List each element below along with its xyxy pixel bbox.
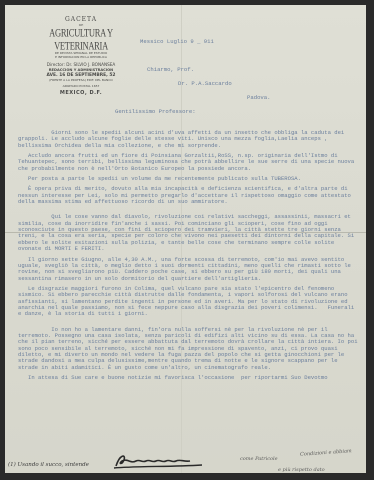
paragraph: Il giorno sette Giugno, alle 4,30 A.M., … — [18, 257, 358, 282]
letterhead-subtitle-2: E INFORMACION EN LA REPUBLICA — [26, 55, 136, 59]
letterhead-postal: APARTADO POSTAL 1657 — [26, 84, 136, 88]
paragraph: Le disgrazie maggiori furono in Colima, … — [18, 286, 358, 318]
paragraph: Giorni sono le spedii alcuni acini d'uva… — [18, 130, 358, 149]
paragraph: Per posta a parte le spedii un volume da… — [18, 176, 358, 182]
recipient-line-1: Chiarmo, Prof. — [147, 67, 194, 73]
paragraph: Accludo ancora frutti ed un fiore di Poi… — [18, 153, 358, 172]
paragraph: È opera priva di merito, dovuto alla mia… — [18, 186, 358, 205]
letterhead-director: Director: Dr. SILVIO J. BONANSEA — [26, 62, 136, 67]
paragraph: Qui le cose vanno dal diavolo, rivoluzio… — [18, 214, 358, 252]
letterhead-title-main: AGRICULTURA Y VETERINARIA — [26, 26, 136, 52]
letterhead-title-gaceta: GACETA — [26, 16, 136, 23]
letter-body: Giorni sono le spedii alcuni acini d'uva… — [18, 130, 358, 385]
margin-note-1: come Patricole — [240, 456, 278, 462]
signature — [110, 452, 206, 470]
handwritten-footnote: (1) Usando il succo, sintende — [8, 462, 89, 468]
letterhead: GACETA DE AGRICULTURA Y VETERINARIA DE R… — [26, 16, 136, 96]
salutation: Gentilissimo Professore: — [115, 109, 196, 115]
margin-note-3: e più rispetto dato — [278, 467, 325, 473]
recipient-line-3: Padova. — [247, 95, 271, 101]
paragraph: Io non ho a lamentare danni, fin'ora nul… — [18, 327, 358, 371]
letterhead-city: MEXICO, D.F. — [26, 90, 136, 96]
dateline: Messico Luglio 9 _ 911 — [140, 39, 214, 45]
closing-paragraph: In attesa di Sue care e buone notizie mi… — [18, 375, 358, 381]
recipient-line-2: Dr. P.A.Saccardo — [178, 81, 232, 87]
letterhead-address-note: (FRENTE A LA PROFESA) EDIF. DEL BANCO — [26, 78, 136, 82]
letterhead-office: REDACCION Y ADMINISTRACION — [26, 68, 136, 72]
